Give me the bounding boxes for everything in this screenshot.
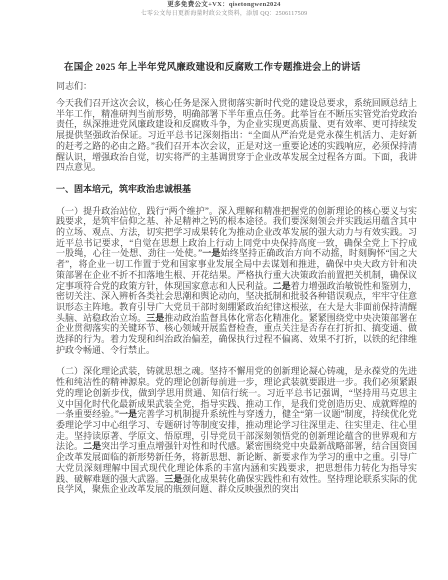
paragraph-section1-item2: （二）深化理论武装，铸就思想之魂。坚持不懈用党的创新理论凝心铸魂，是永葆党的先进… [56, 366, 417, 494]
paragraph-intro: 今天我们召开这次会议，核心任务是深入贯彻落实新时代党的建设总要求，系统回顾总结上… [56, 98, 417, 173]
document-title: 在国企 2025 年上半年党风廉政建设和反腐败工作专题推进会上的讲话 [56, 62, 417, 74]
watermark-line-1: 更多免费公文+VX：qisetongwen2024 [0, 1, 448, 9]
paragraph-section1-item1: （一）提升政治站位，践行“两个维护”。深入理解和精准把握党的创新理论的核心要义与… [56, 206, 417, 356]
section-heading-1: 一、固本培元，筑牢政治忠诚根基 [56, 184, 417, 195]
watermark-line-2: 七零公文每日更新海量时政公文资料，添加 QQ：2506117509 [0, 10, 448, 18]
document-page: 更多免费公文+VX：qisetongwen2024 七零公文每日更新海量时政公文… [0, 0, 448, 580]
greeting: 同志们： [56, 81, 417, 92]
document-body: 在国企 2025 年上半年党风廉政建设和反腐败工作专题推进会上的讲话 同志们： … [56, 62, 417, 495]
watermark-header: 更多免费公文+VX：qisetongwen2024 七零公文每日更新海量时政公文… [0, 0, 448, 18]
